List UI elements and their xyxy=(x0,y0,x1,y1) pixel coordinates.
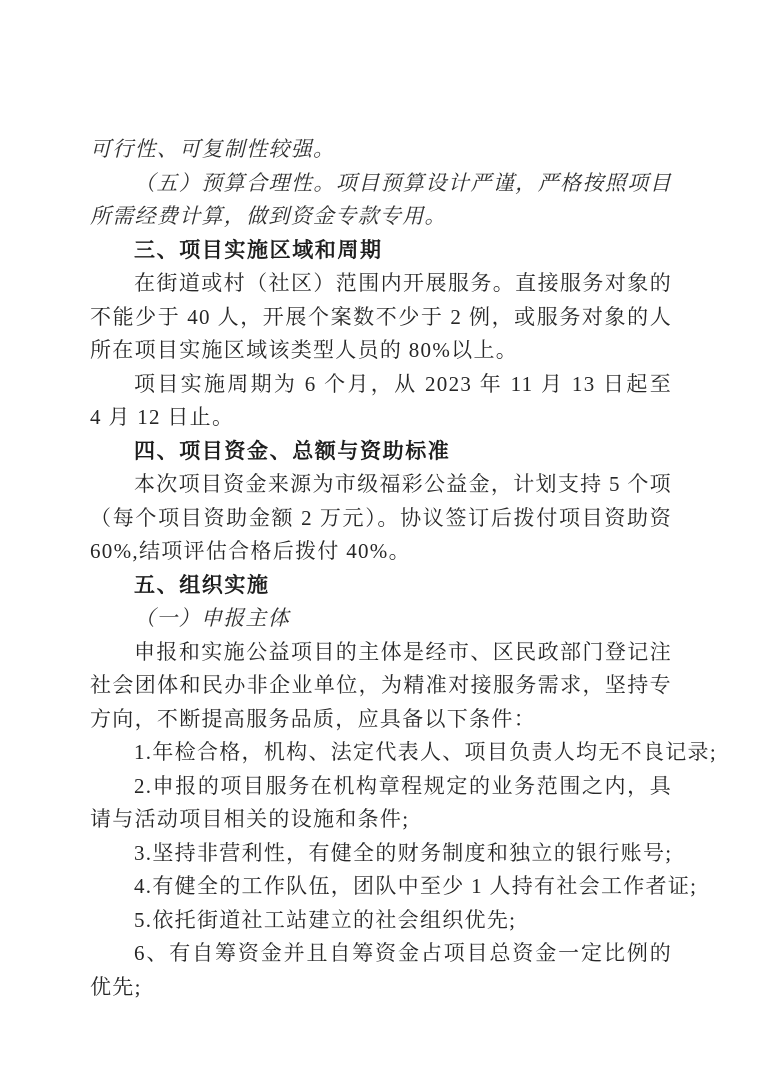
document-line: 方向，不断提高服务品质，应具备以下条件： xyxy=(90,703,672,737)
document-line: （一）申报主体 xyxy=(90,602,672,636)
document-line: 三、项目实施区域和周期 xyxy=(90,234,672,268)
document-line: 2.申报的项目服务在机构章程规定的业务范围之内，具备申 xyxy=(90,770,672,804)
document-line: 所在项目实施区域该类型人员的 80%以上。 xyxy=(90,334,672,368)
document-line: 本次项目资金来源为市级福彩公益金，计划支持 5 个项目， xyxy=(90,468,672,502)
document-line: 4 月 12 日止。 xyxy=(90,401,672,435)
document-line: 所需经费计算，做到资金专款专用。 xyxy=(90,200,672,234)
document-line: 60%,结项评估合格后拨付 40%。 xyxy=(90,535,672,569)
document-line: 优先; xyxy=(90,971,672,1005)
document-line: 6、有自筹资金并且自筹资金占项目总资金一定比例的项目 xyxy=(90,937,672,971)
document-line: 申报和实施公益项目的主体是经市、区民政部门登记注册的 xyxy=(90,636,672,670)
document-line: 不能少于 40 人，开展个案数不少于 2 例，或服务对象的人数占 xyxy=(90,301,672,335)
document-line: 1.年检合格，机构、法定代表人、项目负责人均无不良记录; xyxy=(90,736,672,770)
document-line: 五、组织实施 xyxy=(90,569,672,603)
document-line: 请与活动项目相关的设施和条件; xyxy=(90,803,672,837)
document-line: （每个项目资助金额 2 万元）。协议签订后拨付项目资助资金的 xyxy=(90,502,672,536)
document-line: （五）预算合理性。项目预算设计严谨，严格按照项目执行 xyxy=(90,167,672,201)
document-line: 可行性、可复制性较强。 xyxy=(90,133,672,167)
document-line: 社会团体和民办非企业单位，为精准对接服务需求，坚持专业化 xyxy=(90,669,672,703)
document-line: 5.依托街道社工站建立的社会组织优先; xyxy=(90,904,672,938)
document-line: 4.有健全的工作队伍，团队中至少 1 人持有社会工作者证; xyxy=(90,870,672,904)
document-line: 四、项目资金、总额与资助标准 xyxy=(90,435,672,469)
document-line: 在街道或村（社区）范围内开展服务。直接服务对象的人数 xyxy=(90,267,672,301)
document-text-block: 可行性、可复制性较强。（五）预算合理性。项目预算设计严谨，严格按照项目执行所需经… xyxy=(90,133,672,1004)
document-line: 3.坚持非营利性，有健全的财务制度和独立的银行账号; xyxy=(90,837,672,871)
document-line: 项目实施周期为 6 个月，从 2023 年 11 月 13 日起至 2024 年 xyxy=(90,368,672,402)
document-page: 可行性、可复制性较强。（五）预算合理性。项目预算设计严谨，严格按照项目执行所需经… xyxy=(0,0,767,1085)
